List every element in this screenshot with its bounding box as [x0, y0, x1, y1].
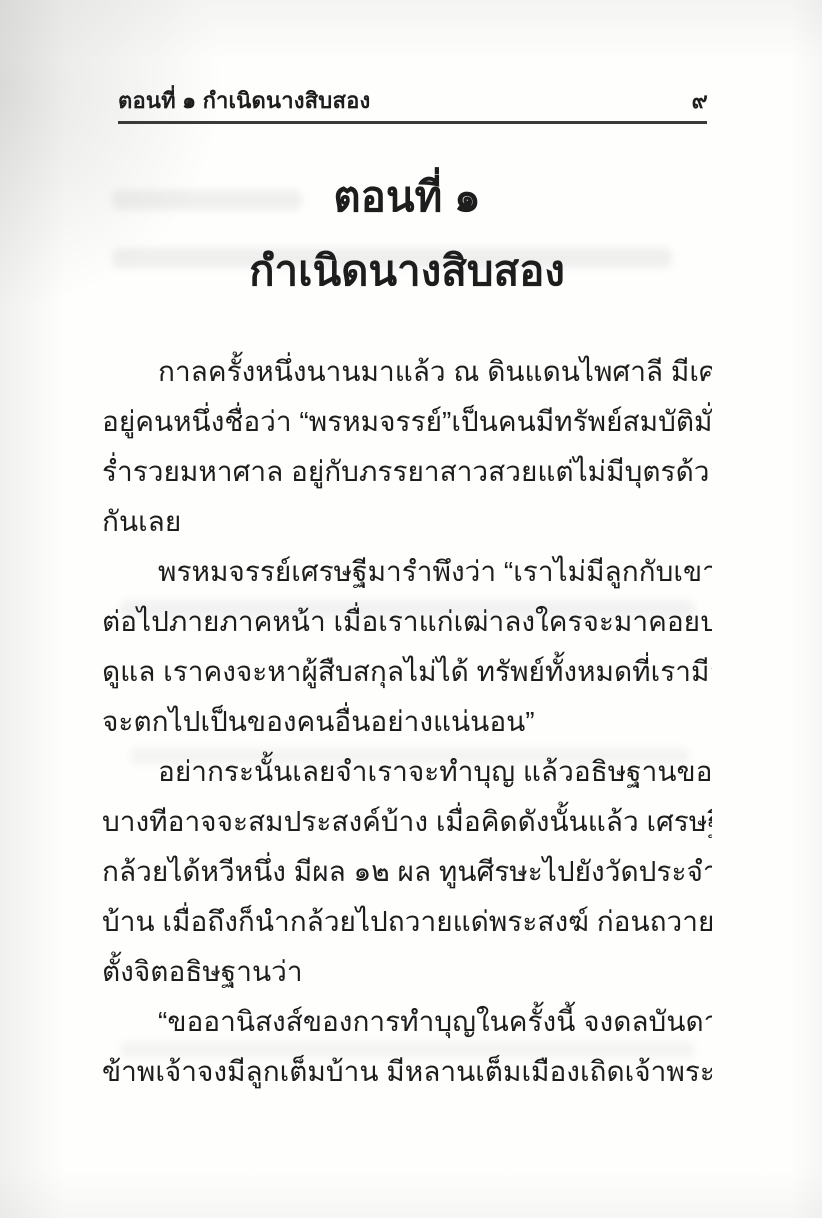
chapter-heading: ตอนที่ ๑ กำเนิดนางสิบสอง: [102, 160, 712, 308]
body-text-line: ร่ำรวยมหาศาล อยู่กับภรรยาสาวสวยแต่ไม่มีบ…: [102, 447, 712, 497]
page-number: ๙: [692, 83, 708, 118]
body-text-line: กันเลย: [102, 497, 712, 547]
chapter-heading-line2: กำเนิดนางสิบสอง: [102, 234, 712, 308]
body-text-line: ต่อไปภายภาคหน้า เมื่อเราแก่เฒ่าลงใครจะมา…: [102, 597, 712, 647]
running-header: ตอนที่ ๑ กำเนิดนางสิบสอง ๙: [118, 88, 708, 118]
running-header-chapter-title: ตอนที่ ๑ กำเนิดนางสิบสอง: [118, 83, 370, 118]
body-text-line: ดูแล เราคงจะหาผู้สืบสกุลไม่ได้ ทรัพย์ทั้…: [102, 647, 712, 697]
body-text-line: อยู่คนหนึ่งชื่อว่า “พรหมจรรย์”เป็นคนมีทร…: [102, 397, 712, 447]
chapter-heading-line1: ตอนที่ ๑: [102, 160, 712, 234]
body-text-line: “ขออานิสงส์ของการทำบุญในครั้งนี้ จงดลบัน…: [102, 997, 712, 1047]
body-text-line: จะตกไปเป็นของคนอื่นอย่างแน่นอน”: [102, 697, 712, 747]
body-text-line: ข้าพเจ้าจงมีลูกเต็มบ้าน มีหลานเต็มเมืองเ…: [102, 1047, 712, 1097]
body-text: กาลครั้งหนึ่งนานมาแล้ว ณ ดินแดนไพศาลี มี…: [102, 347, 712, 1097]
body-text-line: บางทีอาจจะสมประสงค์บ้าง เมื่อคิดดังนั้นแ…: [102, 797, 712, 847]
body-text-line: บ้าน เมื่อถึงก็นำกล้วยไปถวายแด่พระสงฆ์ ก…: [102, 897, 712, 947]
body-text-line: พรหมจรรย์เศรษฐีมารำพึงว่า “เราไม่มีลูกกั…: [102, 547, 712, 597]
header-rule: [118, 121, 707, 124]
body-text-line: กาลครั้งหนึ่งนานมาแล้ว ณ ดินแดนไพศาลี มี…: [102, 347, 712, 397]
body-text-line: อย่ากระนั้นเลยจำเราจะทำบุญ แล้วอธิษฐานขอ…: [102, 747, 712, 797]
scanned-book-page: ตอนที่ ๑ กำเนิดนางสิบสอง ๙ ตอนที่ ๑ กำเน…: [0, 0, 822, 1218]
body-text-line: กล้วยได้หวีหนึ่ง มีผล ๑๒ ผล ทูนศีรษะไปยั…: [102, 847, 712, 897]
body-text-line: ตั้งจิตอธิษฐานว่า: [102, 947, 712, 997]
